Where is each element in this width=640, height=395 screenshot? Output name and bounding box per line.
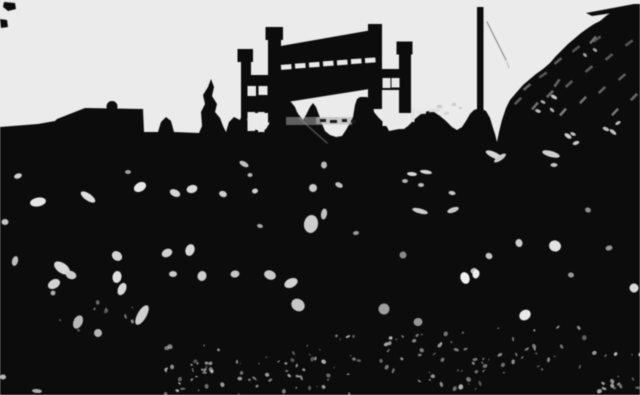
sign-window-right-2: [392, 78, 400, 88]
band-dash-1: [320, 119, 326, 122]
crowd-speckle: [125, 170, 131, 174]
crowd-speckle: [321, 162, 327, 169]
sign-post-left-inner-cap: [266, 27, 284, 40]
crowd-speckle: [551, 163, 558, 167]
sign-gap-right-1: [383, 92, 399, 126]
corner-speck-2: [0, 19, 8, 28]
sign-post-right-inner: [368, 24, 382, 109]
sign-gap-left-1: [248, 112, 256, 131]
sign-window-right-1: [383, 78, 391, 88]
fence-dash-2: [429, 109, 440, 112]
crowd-speckle: [0, 375, 6, 380]
crowd-speckle: [309, 184, 317, 192]
flagpole: [477, 7, 484, 113]
lamp-post-pole: [111, 111, 115, 140]
crowd-speckle: [402, 179, 408, 183]
fence-dash-1: [416, 111, 426, 115]
sign-post-left-inner: [268, 28, 281, 123]
lamp-post-head: [107, 101, 118, 112]
crowd-speckle: [418, 183, 424, 187]
photo-frame: High-contrast black and white photograph…: [0, 0, 640, 395]
board-slit-5: [337, 60, 348, 66]
sign-post-right-outer-cap: [397, 42, 413, 55]
fence-sliver-1: [411, 108, 415, 122]
board-slit-4: [323, 61, 334, 67]
sign-window-left-1: [248, 86, 257, 96]
sign-gap-left-2: [258, 112, 265, 132]
pole-left-speck-2: [452, 103, 456, 106]
board-slit-6: [351, 58, 362, 64]
crowd-speckle: [51, 291, 56, 296]
crowd-speckle: [169, 271, 177, 277]
pole-left-speck-3: [459, 107, 462, 109]
grass-cluster-b: [387, 343, 390, 345]
fence-dash-3: [444, 112, 449, 115]
board-slit-1: [281, 64, 292, 70]
band-dash-2: [330, 120, 337, 123]
sign-gap-right-2: [399, 113, 408, 126]
sign-window-left-2: [259, 86, 268, 95]
board-slit-7: [365, 57, 376, 63]
sign-post-left-outer-cap: [238, 49, 254, 62]
crowd-speckle: [2, 219, 9, 225]
band-dash-4: [351, 120, 356, 123]
band-dash-3: [342, 119, 347, 122]
board-slit-2: [295, 63, 306, 69]
pole-left-speck-1: [437, 105, 442, 108]
board-slit-3: [309, 62, 320, 68]
crowd-speckle: [400, 252, 407, 259]
photo-silhouette-scene: [0, 0, 640, 395]
crowd-speckle: [248, 173, 253, 177]
